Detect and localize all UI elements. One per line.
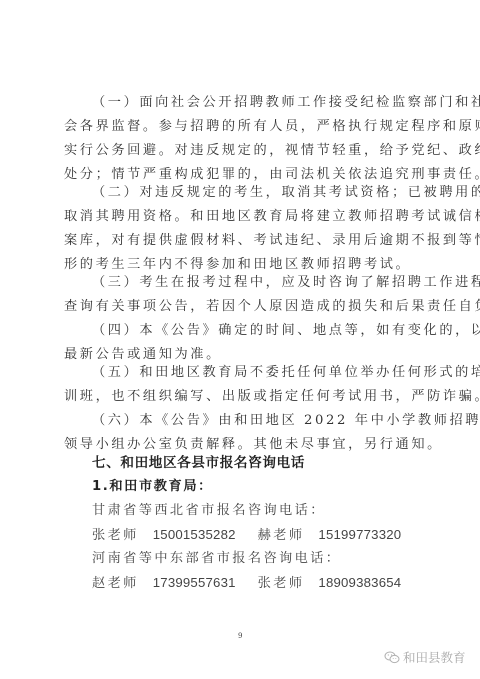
- paragraph-1-line-3: 实行公务回避。对违反规定的，视情节轻重，给予党纪、政纪: [64, 143, 480, 159]
- contact-phone: 17399557631: [153, 575, 236, 590]
- paragraph-1-line-4: 处分；情节严重构成犯罪的，由司法机关依法追究刑事责任。: [64, 167, 480, 183]
- paragraph-5-line-1: （五）和田地区教育局不委托任何单位举办任何形式的培: [92, 365, 480, 381]
- paragraph-2-line-2: 取消其聘用资格。和田地区教育局将建立教师招聘考试诚信档: [64, 209, 480, 225]
- document-page: （一）面向社会公开招聘教师工作接受纪检监察部门和社 会各界监督。参与招聘的所有人…: [0, 0, 480, 679]
- contact-phone: 15001535282: [153, 527, 236, 542]
- contact-name: 张老师: [258, 576, 305, 591]
- paragraph-4-line-2: 最新公告或通知为准。: [64, 347, 222, 363]
- contact-phone: 15199773320: [318, 527, 401, 542]
- section-heading: 七、和田地区各县市报名咨询电话: [92, 455, 305, 471]
- central-east-contacts-row: 赵老师17399557631张老师18909383654: [92, 575, 401, 592]
- northwest-contacts-label: 甘肃省等西北省市报名咨询电话：: [92, 503, 326, 519]
- contact-name: 张老师: [92, 528, 139, 543]
- contact-name: 赵老师: [92, 576, 139, 591]
- paragraph-1-line-2: 会各界监督。参与招聘的所有人员，严格执行规定程序和原则，: [64, 119, 480, 135]
- central-east-contacts-label: 河南省等中东部省市报名咨询电话：: [92, 551, 341, 567]
- paragraph-2-line-3: 案库，对有提供虚假材料、考试违纪、录用后逾期不报到等情: [64, 233, 480, 249]
- paragraph-3-line-1: （三）考生在报考过程中，应及时咨询了解招聘工作进程、: [92, 275, 480, 291]
- watermark-text: 和田县教育: [403, 648, 466, 666]
- paragraph-6-line-1: （六）本《公告》由和田地区 2022 年中小学教师招聘工作: [92, 413, 480, 429]
- paragraph-6-line-2: 领导小组办公室负责解释。其他未尽事宜，另行通知。: [64, 437, 443, 453]
- page-number: 9: [238, 632, 242, 640]
- paragraph-4-line-1: （四）本《公告》确定的时间、地点等，如有变化的，以: [92, 323, 480, 339]
- watermark: 和田县教育: [384, 648, 466, 666]
- paragraph-3-line-2: 查询有关事项公告，若因个人原因造成的损失和后果责任自负。: [64, 299, 480, 315]
- contact-phone: 18909383654: [318, 575, 401, 590]
- wechat-icon: [384, 651, 400, 664]
- paragraph-2-line-4: 形的考生三年内不得参加和田地区教师招聘考试。: [64, 257, 411, 273]
- subsection-heading: 1.和田市教育局：: [92, 479, 213, 495]
- paragraph-2-line-1: （二）对违反规定的考生，取消其考试资格；已被聘用的，: [92, 185, 480, 201]
- paragraph-1-line-1: （一）面向社会公开招聘教师工作接受纪检监察部门和社: [92, 95, 480, 111]
- paragraph-5-line-2: 训班，也不组织编写、出版或指定任何考试用书，严防诈骗。: [64, 389, 480, 405]
- northwest-contacts-row: 张老师15001535282赫老师15199773320: [92, 527, 401, 544]
- contact-name: 赫老师: [258, 528, 305, 543]
